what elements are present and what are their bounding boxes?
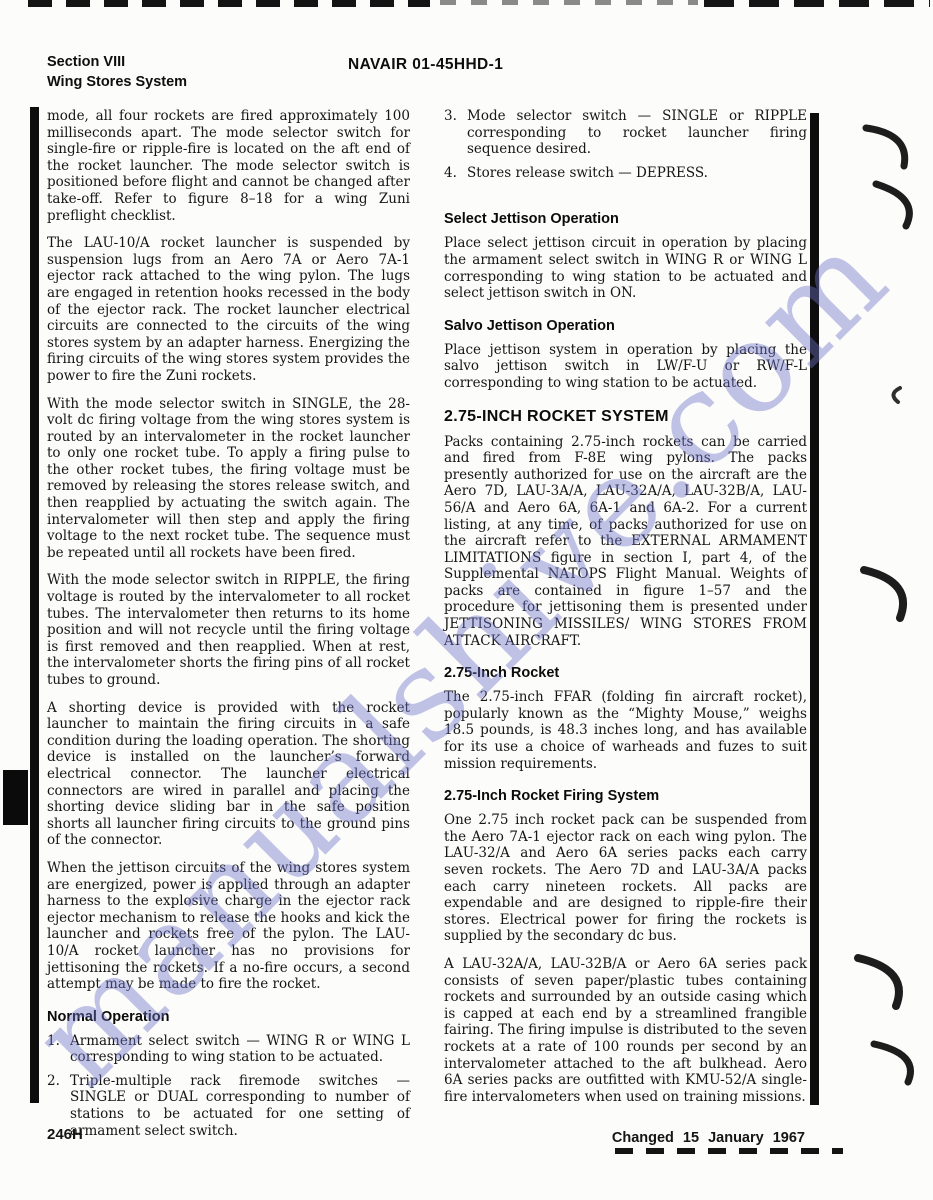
paragraph: The LAU-10/A rocket launcher is suspende…	[47, 235, 410, 384]
heading-rocket-system: 2.75-INCH ROCKET SYSTEM	[444, 408, 807, 426]
procedure-step: 4. Stores release switch — DEPRESS.	[444, 165, 807, 182]
page-number: 246H	[47, 1126, 83, 1143]
procedure-step: 1. Armament select switch — WING R or WI…	[47, 1033, 410, 1066]
paragraph: A LAU-32A/A, LAU-32B/A or Aero 6A series…	[444, 956, 807, 1105]
paragraph: With the mode selector switch in SINGLE,…	[47, 396, 410, 562]
paragraph: Place jettison system in operation by pl…	[444, 342, 807, 392]
change-bar-left	[30, 107, 39, 1103]
scan-edge-marks-bottom	[615, 1148, 843, 1154]
step-number: 1.	[47, 1033, 70, 1066]
page-curl-mark	[868, 178, 923, 230]
heading-rocket: 2.75-Inch Rocket	[444, 665, 807, 681]
change-date: Changed 15 January 1967	[540, 1130, 805, 1146]
page-curl-mark	[852, 948, 916, 1012]
body-columns: mode, all four rockets are fired approxi…	[47, 108, 807, 1146]
page-header-left: Section VIII Wing Stores System	[47, 52, 187, 92]
section-title: Section VIII	[47, 52, 187, 72]
right-column: 3. Mode selector switch — SINGLE or RIPP…	[444, 108, 807, 1146]
procedure-step: 2. Triple-multiple rack firemode switche…	[47, 1073, 410, 1139]
step-number: 3.	[444, 108, 467, 158]
paragraph: A shorting device is provided with the r…	[47, 700, 410, 849]
step-text: Triple-multiple rack firemode switches —…	[70, 1073, 410, 1139]
left-column: mode, all four rockets are fired approxi…	[47, 108, 410, 1146]
paragraph: Packs containing 2.75-inch rockets can b…	[444, 434, 807, 650]
section-tab-marker	[3, 770, 28, 825]
paragraph: The 2.75-inch FFAR (folding fin aircraft…	[444, 689, 807, 772]
step-text: Mode selector switch — SINGLE or RIPPLE …	[467, 108, 807, 158]
step-text: Stores release switch — DEPRESS.	[467, 165, 807, 182]
heading-select-jettison: Select Jettison Operation	[444, 211, 807, 227]
paragraph: Place select jettison circuit in operati…	[444, 235, 807, 301]
step-number: 4.	[444, 165, 467, 182]
heading-rocket-firing-system: 2.75-Inch Rocket Firing System	[444, 788, 807, 804]
page-curl-mark	[858, 562, 918, 624]
procedure-step: 3. Mode selector switch — SINGLE or RIPP…	[444, 108, 807, 158]
paragraph: One 2.75 inch rocket pack can be suspend…	[444, 812, 807, 945]
section-subtitle: Wing Stores System	[47, 72, 187, 92]
page-curl-mark	[860, 120, 918, 172]
scan-edge-marks-top	[28, 0, 430, 7]
change-bar-right	[810, 113, 819, 1105]
page-curl-mark	[868, 1038, 926, 1086]
heading-salvo-jettison: Salvo Jettison Operation	[444, 318, 807, 334]
paragraph: When the jettison circuits of the wing s…	[47, 860, 410, 993]
scan-edge-marks-top	[704, 0, 930, 7]
paragraph: With the mode selector switch in RIPPLE,…	[47, 572, 410, 688]
scan-edge-marks-top	[440, 0, 698, 5]
page-curl-mark	[884, 384, 904, 404]
step-text: Armament select switch — WING R or WING …	[70, 1033, 410, 1066]
document-number: NAVAIR 01-45HHD-1	[348, 56, 503, 74]
manual-page: Section VIII Wing Stores System NAVAIR 0…	[0, 0, 933, 1200]
heading-normal-operation: Normal Operation	[47, 1009, 410, 1025]
paragraph: mode, all four rockets are fired approxi…	[47, 108, 410, 224]
